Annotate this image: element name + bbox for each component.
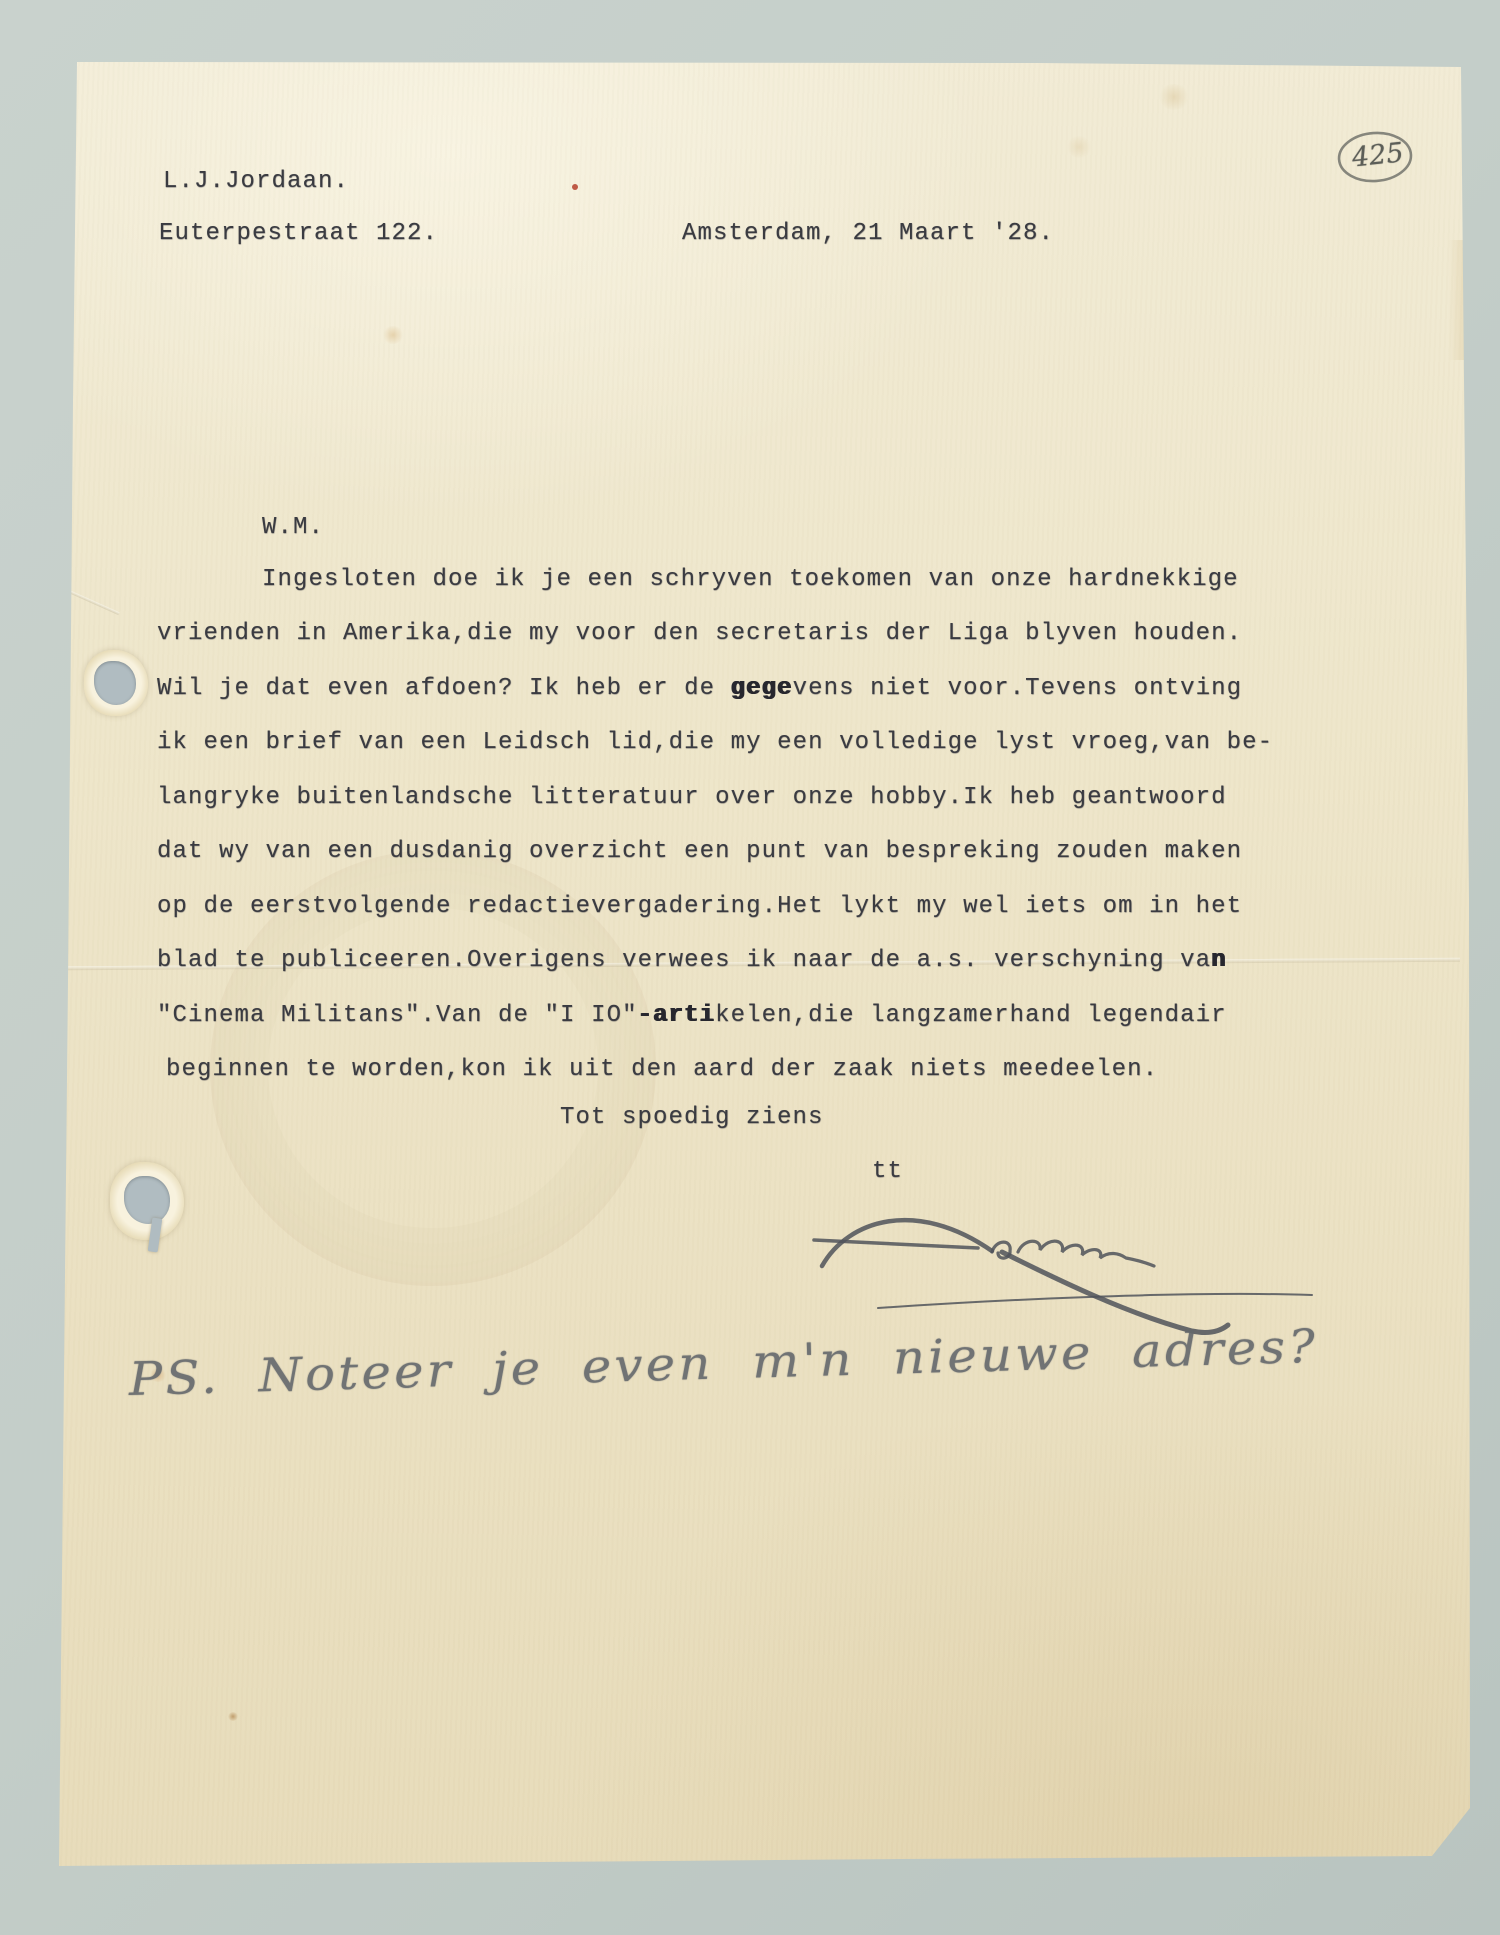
overstruck-text: -arti [638, 1002, 716, 1029]
scan-background: L.J.Jordaan. Euterpestraat 122. Amsterda… [0, 0, 1500, 1935]
letter-line: dat wy van een dusdanig overzicht een pu… [157, 838, 1242, 866]
closing-phrase: Tot spoedig ziens [560, 1104, 824, 1132]
typed-text: vens niet voor.Tevens ontving [793, 675, 1243, 702]
typed-text: op de eerstvolgende redactievergadering.… [157, 893, 1242, 920]
letter-line: "Cinema Militans".Van de "I IO"-artikele… [157, 1002, 1227, 1030]
archive-number-annotation: 425 [1330, 122, 1420, 192]
punch-hole [84, 650, 148, 716]
salutation: W.M. [262, 514, 324, 542]
typed-text: langryke buitenlandsche litteratuur over… [157, 784, 1227, 811]
punch-hole [110, 1162, 184, 1240]
dateline: Amsterdam, 21 Maart '28. [682, 220, 1054, 248]
edge-discoloration [1448, 240, 1468, 360]
typed-text: Ingesloten doe ik je een schryven toekom… [262, 566, 1239, 593]
sender-name: L.J.Jordaan. [163, 168, 349, 196]
typed-text: beginnen te worden,kon ik uit den aard d… [166, 1056, 1158, 1083]
stain-spot [382, 326, 404, 344]
typed-text: "Cinema Militans".Van de "I IO" [157, 1002, 638, 1029]
stain-spot [228, 1712, 238, 1721]
letter-line: Ingesloten doe ik je een schryven toekom… [262, 566, 1239, 594]
paper-crease [54, 584, 119, 615]
letter-page: L.J.Jordaan. Euterpestraat 122. Amsterda… [0, 0, 1500, 1935]
typed-text: Wil je dat even afdoen? Ik heb er de [157, 675, 731, 702]
sender-address: Euterpestraat 122. [159, 220, 438, 248]
overstruck-text: n [1211, 947, 1227, 974]
handwritten-postscript: PS. Noteer je even m'n nieuwe adres? [128, 1319, 1319, 1406]
letter-line: beginnen te worden,kon ik uit den aard d… [166, 1056, 1158, 1084]
typed-text: dat wy van een dusdanig overzicht een pu… [157, 838, 1242, 865]
typed-text: ik een brief van een Leidsch lid,die my … [157, 729, 1273, 756]
stain-spot [1066, 136, 1092, 158]
archive-number: 425 [1351, 137, 1404, 173]
hole-gap [94, 661, 136, 705]
letter-line: blad te publiceeren.Overigens verwees ik… [157, 947, 1227, 975]
typed-text: kelen,die langzamerhand legendair [715, 1002, 1227, 1029]
typed-text: blad te publiceeren.Overigens verwees ik… [157, 947, 1211, 974]
hole-gap [124, 1176, 170, 1224]
ink-dot [572, 184, 578, 190]
stain-spot [1158, 84, 1190, 110]
letter-line: Wil je dat even afdoen? Ik heb er de geg… [157, 675, 1242, 703]
overstruck-text: gege [731, 675, 793, 702]
letter-line: ik een brief van een Leidsch lid,die my … [157, 729, 1273, 757]
letter-line: op de eerstvolgende redactievergadering.… [157, 893, 1242, 921]
typed-text: vrienden in Amerika,die my voor den secr… [157, 620, 1242, 647]
letter-line: langryke buitenlandsche litteratuur over… [157, 784, 1227, 812]
letter-line: vrienden in Amerika,die my voor den secr… [157, 620, 1242, 648]
